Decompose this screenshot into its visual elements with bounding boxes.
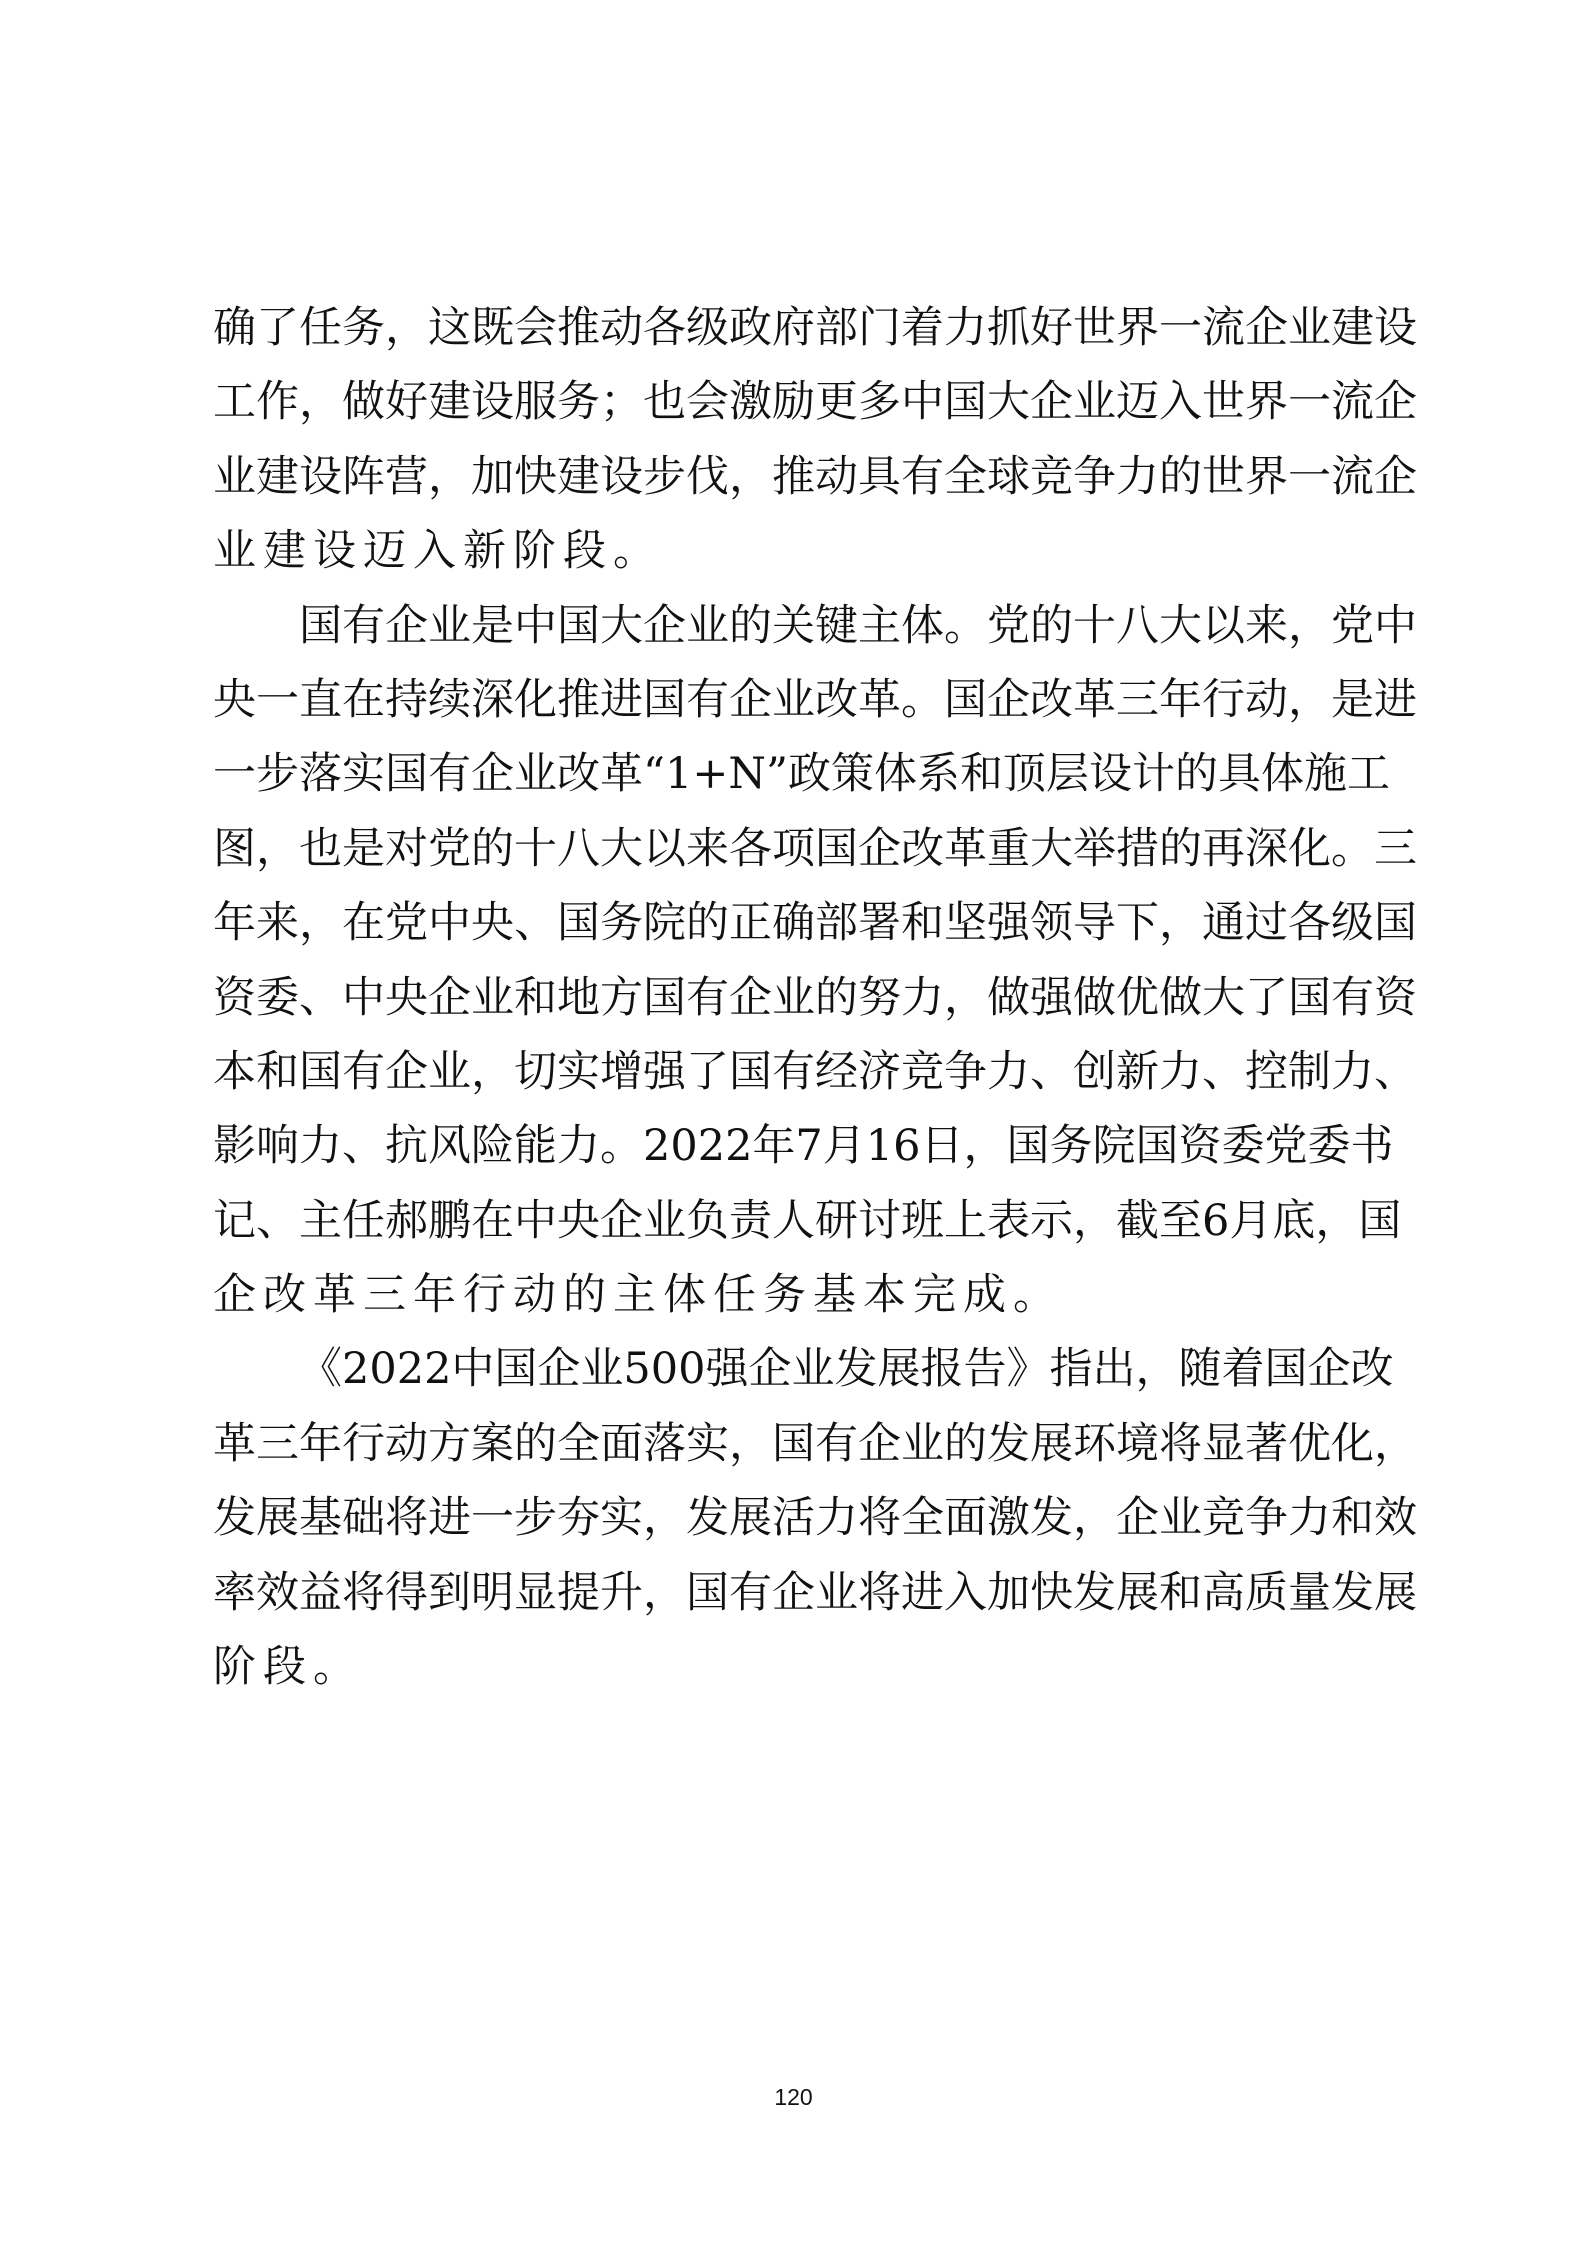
text-line: 业建设阵营，加快建设步伐，推动具有全球竞争力的世界一流企 (213, 440, 1387, 514)
document-page: 确了任务，这既会推动各级政府部门着力抓好世界一流企业建设 工作，做好建设服务；也… (0, 0, 1587, 2245)
text-line: 央一直在持续深化推进国有企业改革。国企改革三年行动，是进 (213, 663, 1387, 737)
text-line: 确了任务，这既会推动各级政府部门着力抓好世界一流企业建设 (213, 291, 1387, 365)
text-line: 率效益将得到明显提升，国有企业将进入加快发展和高质量发展 (213, 1556, 1387, 1630)
text-line: 记、主任郝鹏在中央企业负责人研讨班上表示，截至6月底，国 (213, 1184, 1387, 1258)
text-line: 影响力、抗风险能力。2022年7月16日，国务院国资委党委书 (213, 1109, 1387, 1183)
text-line: 图，也是对党的十八大以来各项国企改革重大举措的再深化。三 (213, 812, 1387, 886)
text-line: 《2022中国企业500强企业发展报告》指出，随着国企改 (213, 1332, 1387, 1406)
text-line: 业建设迈入新阶段。 (213, 514, 1387, 588)
text-line: 企改革三年行动的主体任务基本完成。 (213, 1258, 1387, 1332)
text-line: 年来，在党中央、国务院的正确部署和坚强领导下，通过各级国 (213, 886, 1387, 960)
text-line: 阶段。 (213, 1630, 1387, 1704)
page-number: 120 (0, 2084, 1587, 2111)
text-line: 革三年行动方案的全面落实，国有企业的发展环境将显著优化， (213, 1407, 1387, 1481)
text-line: 资委、中央企业和地方国有企业的努力，做强做优做大了国有资 (213, 961, 1387, 1035)
text-line: 工作，做好建设服务；也会激励更多中国大企业迈入世界一流企 (213, 365, 1387, 439)
text-line: 国有企业是中国大企业的关键主体。党的十八大以来，党中 (213, 589, 1387, 663)
text-line: 一步落实国有企业改革“1+N”政策体系和顶层设计的具体施工 (213, 737, 1387, 811)
text-line: 发展基础将进一步夯实，发展活力将全面激发，企业竞争力和效 (213, 1481, 1387, 1555)
body-text: 确了任务，这既会推动各级政府部门着力抓好世界一流企业建设 工作，做好建设服务；也… (213, 291, 1387, 1704)
text-line: 本和国有企业，切实增强了国有经济竞争力、创新力、控制力、 (213, 1035, 1387, 1109)
